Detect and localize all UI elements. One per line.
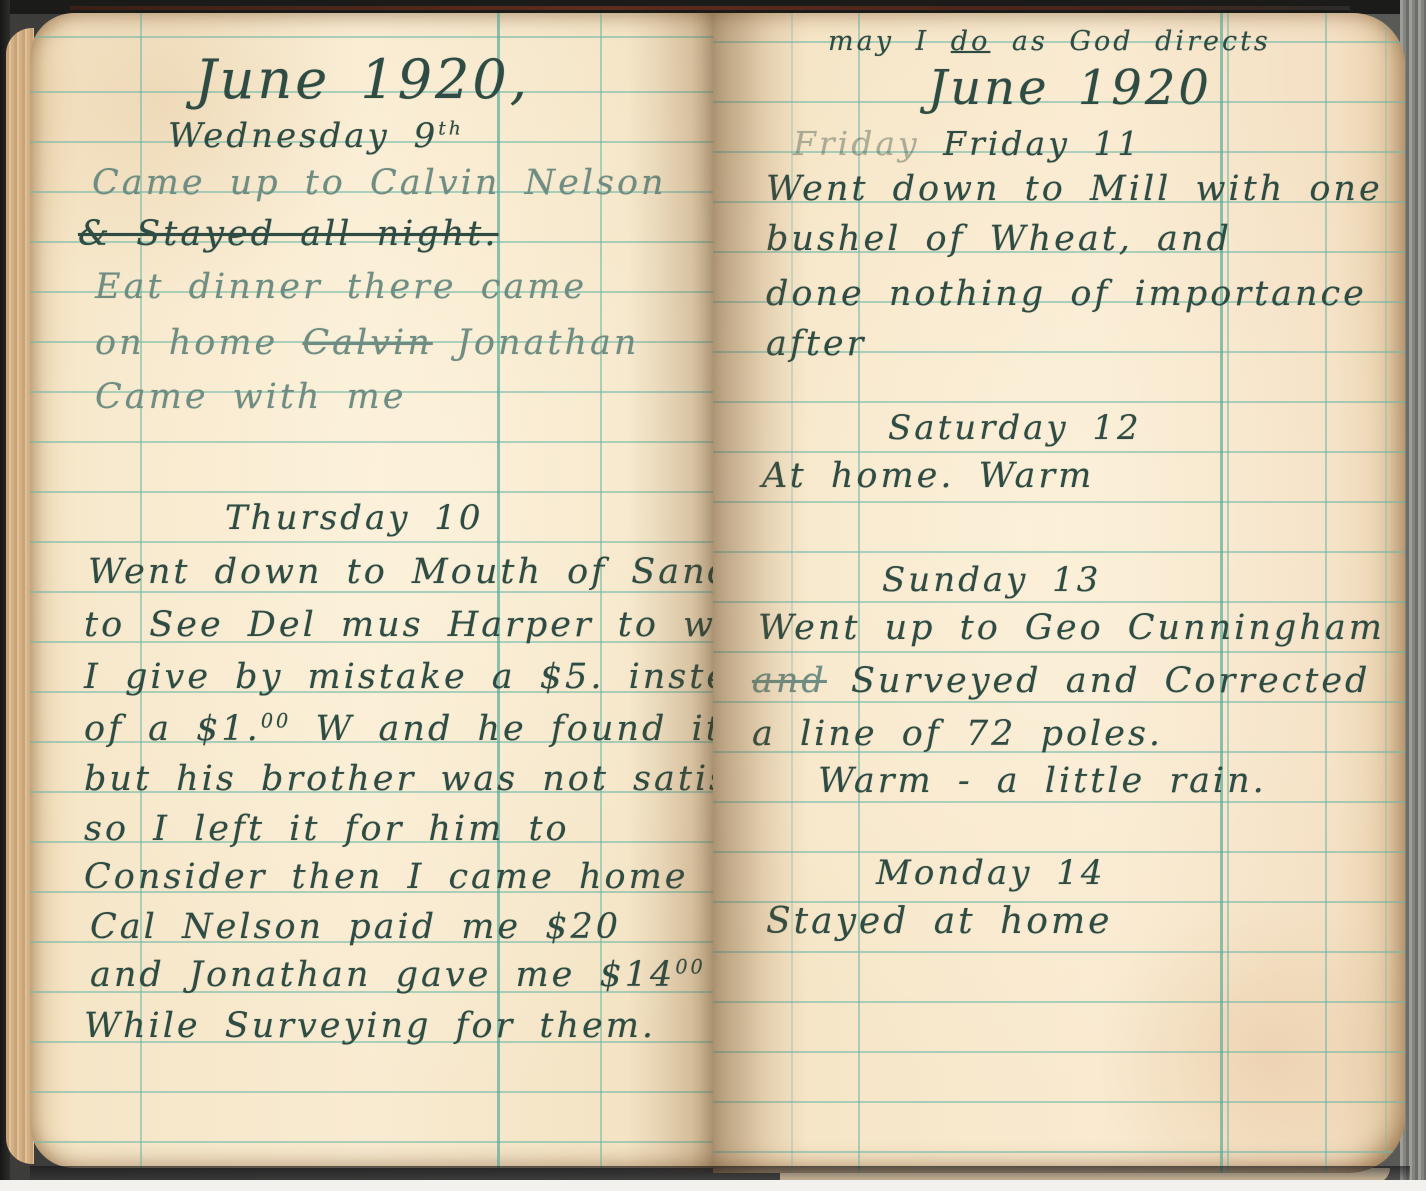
handwritten-line: may I do as God directs xyxy=(828,26,1271,57)
text-segment: so I left it for him to xyxy=(84,809,570,849)
text-segment: Surveyed and Corrected xyxy=(827,661,1371,701)
text-segment: Jonathan xyxy=(433,323,640,363)
handwritten-line: Consider then I came home xyxy=(84,857,688,897)
handwritten-line: on home Calvin Jonathan xyxy=(95,323,639,363)
handwriting-layer: June 1920,Wednesday 9thCame up to Calvin… xyxy=(30,13,713,1168)
text-segment: Stayed at home xyxy=(766,901,1112,942)
text-segment: W and he found it xyxy=(291,709,713,749)
text-segment: on home xyxy=(95,323,302,363)
handwritten-line: Went up to Geo Cunningham xyxy=(758,608,1385,648)
text-segment: to See Del mus Harper to whom xyxy=(84,605,713,645)
text-segment: and Jonathan gave me $14 xyxy=(90,955,675,995)
handwritten-line: Cal Nelson paid me $20 xyxy=(90,907,621,947)
text-segment: Went down to Mill with one xyxy=(766,169,1383,209)
handwritten-line: Went down to Mouth of Sand xyxy=(88,552,713,592)
handwritten-line: Came with me xyxy=(95,377,406,417)
text-segment: of a $1. xyxy=(84,709,261,749)
text-segment: may I xyxy=(828,26,951,57)
text-segment: June 1920, xyxy=(195,48,530,111)
text-segment: Wednesday 9 xyxy=(168,116,438,156)
handwritten-line: Saturday 12 xyxy=(888,408,1142,448)
text-segment: & Stayed all night. xyxy=(78,214,498,254)
text-segment: done nothing of importance xyxy=(766,274,1367,314)
notebook-spine-edge xyxy=(70,6,1350,10)
handwritten-line: At home. Warm xyxy=(762,456,1094,496)
handwritten-line: Wednesday 9th xyxy=(168,116,464,156)
text-segment: th xyxy=(438,119,464,140)
text-segment: Calvin xyxy=(302,323,432,363)
text-segment: after xyxy=(766,324,866,364)
text-segment: While Surveying for them. xyxy=(84,1006,656,1046)
handwritten-line: Friday Friday 11 xyxy=(793,124,1141,163)
handwritten-line: and Jonathan gave me $1400 xyxy=(90,955,706,995)
text-segment: Cal Nelson paid me $20 xyxy=(90,907,621,947)
handwritten-line: so I left it for him to xyxy=(84,809,570,849)
text-segment: but his brother was not satisfied xyxy=(84,759,713,799)
handwritten-line: bushel of Wheat, and xyxy=(766,219,1232,259)
handwritten-line: Sunday 13 xyxy=(882,560,1101,600)
handwritten-line: I give by mistake a $5. instead xyxy=(84,657,713,697)
handwritten-line: a line of 72 poles. xyxy=(752,714,1163,754)
page-bottom-shadow xyxy=(30,1166,1410,1180)
text-segment: At home. Warm xyxy=(762,456,1094,496)
text-segment: Eat dinner there came xyxy=(95,267,587,307)
handwritten-line: Came up to Calvin Nelson xyxy=(92,163,667,203)
handwritten-line: While Surveying for them. xyxy=(84,1006,656,1046)
handwritten-line: to See Del mus Harper to whom xyxy=(84,605,713,645)
handwritten-line: June 1920, xyxy=(195,48,530,111)
handwritten-line: Went down to Mill with one xyxy=(766,169,1383,209)
text-segment: Sunday 13 xyxy=(882,560,1101,600)
text-segment: do xyxy=(951,26,991,57)
text-segment: Warm - a little rain. xyxy=(818,761,1267,801)
diary-scan: June 1920,Wednesday 9thCame up to Calvin… xyxy=(0,0,1426,1191)
handwritten-line: Thursday 10 xyxy=(225,498,484,538)
handwritten-line: of a $1.00 W and he found it xyxy=(84,709,713,749)
text-segment: 00 xyxy=(675,955,706,978)
scan-frame-top xyxy=(0,0,1426,14)
handwritten-line: Monday 14 xyxy=(876,853,1106,893)
text-segment: Came with me xyxy=(95,377,406,417)
handwritten-line: done nothing of importance xyxy=(766,274,1367,314)
text-segment: a line of 72 poles. xyxy=(752,714,1163,754)
text-segment: I give by mistake a $5. instead xyxy=(84,657,713,697)
text-segment: June 1920 xyxy=(928,60,1212,116)
text-segment: and xyxy=(752,661,827,701)
handwritten-line: after xyxy=(766,324,866,364)
text-segment: Friday 11 xyxy=(943,124,1141,163)
handwritten-line: Eat dinner there came xyxy=(95,267,587,307)
handwritten-line: Warm - a little rain. xyxy=(818,761,1267,801)
diary-page-right: may I do as God directsJune 1920Friday F… xyxy=(713,13,1405,1173)
text-segment: Consider then I came home xyxy=(84,857,688,897)
text-segment: bushel of Wheat, and xyxy=(766,219,1232,259)
text-segment: Came up to Calvin Nelson xyxy=(92,163,667,203)
text-segment: Saturday 12 xyxy=(888,408,1142,448)
handwritten-line: and Surveyed and Corrected xyxy=(752,661,1370,701)
text-segment: as God directs xyxy=(990,26,1270,57)
scan-frame-bottom xyxy=(0,1180,1426,1191)
handwritten-line: June 1920 xyxy=(928,60,1212,116)
handwritten-line: but his brother was not satisfied xyxy=(84,759,713,799)
text-segment: Monday 14 xyxy=(876,853,1106,893)
diary-page-left: June 1920,Wednesday 9thCame up to Calvin… xyxy=(30,13,713,1168)
text-segment: Thursday 10 xyxy=(225,498,484,538)
handwritten-line: Stayed at home xyxy=(766,901,1112,942)
handwriting-layer: may I do as God directsJune 1920Friday F… xyxy=(713,13,1405,1173)
text-segment: Went down to Mouth of Sand xyxy=(88,552,713,592)
handwritten-line: & Stayed all night. xyxy=(78,214,498,254)
text-segment: Went up to Geo Cunningham xyxy=(758,608,1385,648)
text-segment: Friday xyxy=(793,124,943,163)
text-segment: 00 xyxy=(261,709,292,732)
